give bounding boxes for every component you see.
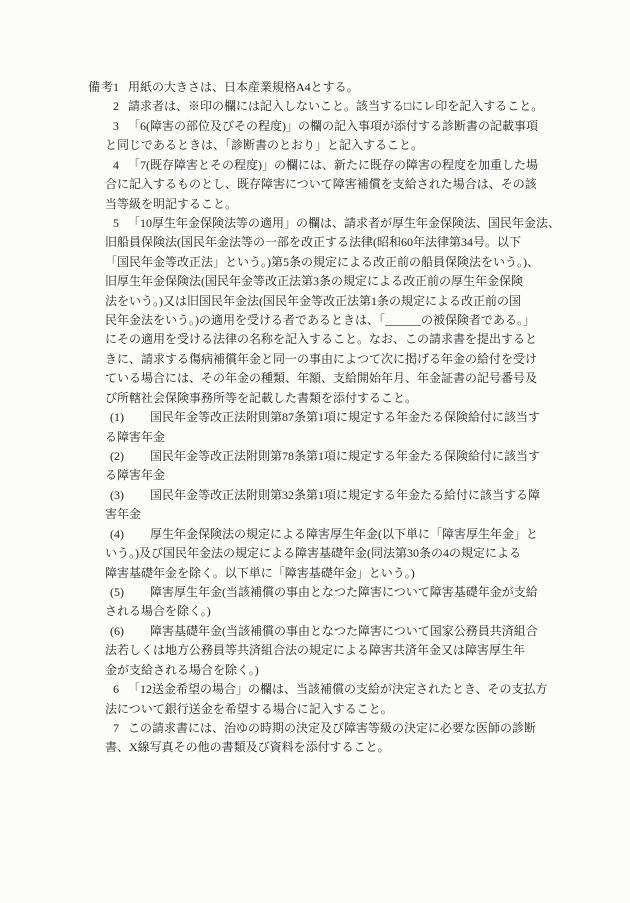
remark-subitem-3: (3)国民年金等改正法附則第32条第1項に規定する年金たる給付に該当する障 害年…: [105, 486, 577, 525]
item-text: 「10厚生年金保険法等の適用」の欄は、請求者が厚生年金保険法、国民年金法、: [128, 216, 560, 230]
text-line: る障害年金: [105, 466, 577, 485]
text-line: 法若しくは地方公務員等共済組合法の規定による障害共済年金又は障害厚生年: [105, 641, 577, 660]
subitem-text: 障害基礎年金(当該補償の事由となつた障害について国家公務員共済組合: [150, 624, 538, 638]
item-number: 4: [113, 156, 119, 175]
remark-item-6: 6「12送金希望の場合」の欄は、当該補償の支給が決定されたとき、その支払方 法に…: [105, 680, 577, 719]
text-line: される場合を除く。): [105, 602, 577, 621]
text-line: 7この請求書には、治ゆの時期の決定及び障害等級の決定に必要な医師の診断: [105, 719, 577, 738]
subitem-number: (4): [110, 525, 133, 544]
subitem-number: (1): [110, 408, 133, 427]
text-line: び所轄社会保険事務所等を記載した書類を添付すること。: [105, 389, 577, 408]
subitem-text: 国民年金等改正法附則第32条第1項に規定する年金たる給付に該当する障: [150, 488, 540, 502]
subitem-number: (3): [110, 486, 133, 505]
item-number: 7: [113, 719, 119, 738]
remark-item-7: 7この請求書には、治ゆの時期の決定及び障害等級の決定に必要な医師の診断 書、X線…: [105, 719, 577, 758]
text-line: 6「12送金希望の場合」の欄は、当該補償の支給が決定されたとき、その支払方: [105, 680, 577, 699]
subitem-number: (6): [110, 622, 133, 641]
text-line: 合に記入するものとし、既存障害について障害補償を支給された場合は、その該: [105, 175, 577, 194]
item-number: 5: [113, 214, 119, 233]
item-text: 「7(既存障害とその程度)」の欄には、新たに既存の障害の程度を加重した場: [128, 158, 538, 172]
text-line: 書、X線写真その他の書類及び資料を添付すること。: [105, 738, 577, 757]
remark-item-3: 3「6(障害の部位及びその程度)」の欄の記入事項が添付する診断書の記載事項 と同…: [105, 117, 577, 156]
text-line: (4)厚生年金保険法の規定による障害厚生年金(以下単に「障害厚生年金」と: [105, 525, 577, 544]
item-number: 2: [113, 97, 119, 116]
text-line: 2請求者は、※印の欄には記入しないこと。該当する□にレ印を記入すること。: [105, 97, 577, 116]
text-line: (5)障害厚生年金(当該補償の事由となつた障害について障害基礎年金が支給: [105, 583, 577, 602]
text-line: きに、請求する傷病補償年金と同一の事由によつて次に掲げる年金の給付を受け: [105, 350, 577, 369]
text-line: る障害年金: [105, 428, 577, 447]
remark-item-4: 4「7(既存障害とその程度)」の欄には、新たに既存の障害の程度を加重した場 合に…: [105, 156, 577, 214]
text-line: (6)障害基礎年金(当該補償の事由となつた障害について国家公務員共済組合: [105, 622, 577, 641]
subitem-text: 国民年金等改正法附則第87条第1項に規定する年金たる保険給付に該当す: [150, 410, 540, 424]
text-line: 5「10厚生年金保険法等の適用」の欄は、請求者が厚生年金保険法、国民年金法、: [105, 214, 577, 233]
item-number: 3: [113, 117, 119, 136]
text-line: にその適用を受ける法律の名称を記入すること。なお、この請求書を提出すると: [105, 330, 577, 349]
text-line: (2)国民年金等改正法附則第78条第1項に規定する年金たる保険給付に該当す: [105, 447, 577, 466]
item-text: 用紙の大きさは、日本産業規格A4とする。: [128, 80, 359, 94]
item-number: 6: [113, 680, 119, 699]
text-line: 3「6(障害の部位及びその程度)」の欄の記入事項が添付する診断書の記載事項: [105, 117, 577, 136]
text-line: 1用紙の大きさは、日本産業規格A4とする。: [105, 78, 577, 97]
text-line: (1)国民年金等改正法附則第87条第1項に規定する年金たる保険給付に該当す: [105, 408, 577, 427]
document-page: 備考 1用紙の大きさは、日本産業規格A4とする。 2請求者は、※印の欄には記入し…: [0, 0, 630, 903]
remark-subitem-6: (6)障害基礎年金(当該補償の事由となつた障害について国家公務員共済組合 法若し…: [105, 622, 577, 680]
remark-item-1: 1用紙の大きさは、日本産業規格A4とする。: [105, 78, 577, 97]
subitem-number: (5): [110, 583, 133, 602]
item-text: 請求者は、※印の欄には記入しないこと。該当する□にレ印を記入すること。: [128, 99, 543, 113]
text-line: 法について銀行送金を希望する場合に記入すること。: [105, 700, 577, 719]
item-text: この請求書には、治ゆの時期の決定及び障害等級の決定に必要な医師の診断: [128, 721, 536, 735]
text-line: 法をいう。)又は旧国民年金法(国民年金等改正法第1条の規定による改正前の国: [105, 292, 577, 311]
subitem-text: 厚生年金保険法の規定による障害厚生年金(以下単に「障害厚生年金」と: [150, 527, 538, 541]
text-line: 4「7(既存障害とその程度)」の欄には、新たに既存の障害の程度を加重した場: [105, 156, 577, 175]
remark-subitem-5: (5)障害厚生年金(当該補償の事由となつた障害について障害基礎年金が支給 される…: [105, 583, 577, 622]
remark-item-5: 5「10厚生年金保険法等の適用」の欄は、請求者が厚生年金保険法、国民年金法、 旧…: [105, 214, 577, 680]
remark-subitem-2: (2)国民年金等改正法附則第78条第1項に規定する年金たる保険給付に該当す る障…: [105, 447, 577, 486]
text-line: いう。)及び国民年金法の規定による障害基礎年金(同法第30条の4の規定による: [105, 544, 577, 563]
subitem-text: 障害厚生年金(当該補償の事由となつた障害について障害基礎年金が支給: [150, 585, 538, 599]
text-line: と同じであるときは、「診断書のとおり」と記入すること。: [105, 136, 577, 155]
item-text: 「12送金希望の場合」の欄は、当該補償の支給が決定されたとき、その支払方: [128, 682, 548, 696]
remarks-list: 1用紙の大きさは、日本産業規格A4とする。 2請求者は、※印の欄には記入しないこ…: [105, 78, 577, 758]
item-text: 「6(障害の部位及びその程度)」の欄の記入事項が添付する診断書の記載事項: [128, 119, 538, 133]
text-line: 旧厚生年金保険法(国民年金等改正法第3条の規定による改正前の厚生年金保険: [105, 272, 577, 291]
text-line: 「国民年金等改正法」という。)第5条の規定による改正前の船員保険法をいう。)、: [105, 253, 577, 272]
remark-subitem-4: (4)厚生年金保険法の規定による障害厚生年金(以下単に「障害厚生年金」と いう。…: [105, 525, 577, 583]
text-line: 旧船員保険法(国民年金法等の一部を改正する法律(昭和60年法律第34号。以下: [105, 233, 577, 252]
text-line: 当等級を明記すること。: [105, 195, 577, 214]
text-line: (3)国民年金等改正法附則第32条第1項に規定する年金たる給付に該当する障: [105, 486, 577, 505]
text-line: 民年金法をいう。)の適用を受ける者であるときは、「______の被保険者である。…: [105, 311, 577, 330]
text-line: 害年金: [105, 505, 577, 524]
text-line: 金が支給される場合を除く。): [105, 661, 577, 680]
text-line: ている場合には、その年金の種類、年額、支給開始年月、年金証書の記号番号及: [105, 369, 577, 388]
remark-item-2: 2請求者は、※印の欄には記入しないこと。該当する□にレ印を記入すること。: [105, 97, 577, 116]
subitem-number: (2): [110, 447, 133, 466]
text-line: 障害基礎年金を除く。以下単に「障害基礎年金」という。): [105, 564, 577, 583]
remark-subitem-1: (1)国民年金等改正法附則第87条第1項に規定する年金たる保険給付に該当す る障…: [105, 408, 577, 447]
item-number: 1: [113, 78, 119, 97]
subitem-text: 国民年金等改正法附則第78条第1項に規定する年金たる保険給付に該当す: [150, 449, 540, 463]
